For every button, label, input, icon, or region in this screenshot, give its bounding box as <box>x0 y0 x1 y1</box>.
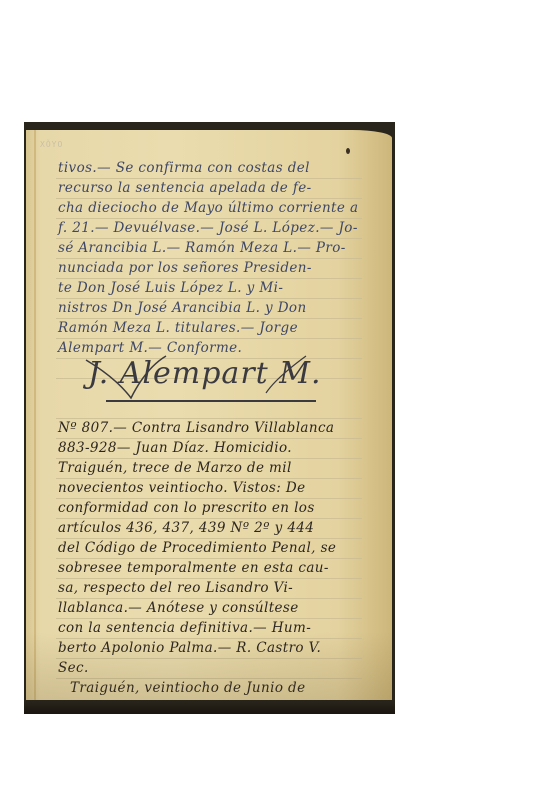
ruled-line <box>56 478 362 479</box>
text-line: sé Arancibia L.— Ramón Meza L.— Pro- <box>58 240 346 256</box>
margin-line <box>34 130 36 700</box>
ruled-line <box>56 278 362 279</box>
text-line: conformidad con lo prescrito en los <box>58 500 315 516</box>
ink-spot <box>346 148 350 154</box>
text-line: novecientos veintiocho. Vistos: De <box>58 480 306 496</box>
text-line: Traiguén, trece de Marzo de mil <box>58 460 292 476</box>
text-line: Sec. <box>58 660 89 676</box>
text-line: Ramón Meza L. titulares.— Jorge <box>58 320 298 336</box>
signature: J. Alempart M. <box>88 356 322 391</box>
register-page: XǑYO tivos.— Se confirma con costas del … <box>26 130 392 700</box>
text-line: nistros Dn José Arancibia L. y Don <box>58 300 307 316</box>
margin-stamp: XǑYO <box>40 140 63 149</box>
ruled-line <box>56 638 362 639</box>
text-line: f. 21.— Devuélvase.— José L. López.— Jo- <box>58 220 358 236</box>
ruled-line <box>56 338 362 339</box>
ruled-line <box>56 558 362 559</box>
text-line: del Código de Procedimiento Penal, se <box>58 540 336 556</box>
text-line: artículos 436, 437, 439 Nº 2º y 444 <box>58 520 314 536</box>
text-line: Traiguén, veintiocho de Junio de <box>70 680 306 696</box>
ruled-line <box>56 578 362 579</box>
ruled-line <box>56 458 362 459</box>
ruled-line <box>56 218 362 219</box>
ruled-line <box>56 318 362 319</box>
text-line: nunciada por los señores Presiden- <box>58 260 312 276</box>
ruled-line <box>56 298 362 299</box>
ruled-line <box>56 538 362 539</box>
text-line: te Don José Luis López L. y Mi- <box>58 280 283 296</box>
ruled-line <box>56 198 362 199</box>
text-line: recurso la sentencia apelada de fe- <box>58 180 312 196</box>
ruled-line <box>56 438 362 439</box>
ruled-line <box>56 238 362 239</box>
scan-bottom-edge <box>24 700 395 714</box>
ruled-line <box>56 618 362 619</box>
text-line: Nº 807.— Contra Lisandro Villablanca <box>58 420 334 436</box>
ruled-line <box>56 178 362 179</box>
text-line: llablanca.— Anótese y consúltese <box>58 600 299 616</box>
text-line: berto Apolonio Palma.— R. Castro V. <box>58 640 321 656</box>
text-line: tivos.— Se confirma con costas del <box>58 160 310 176</box>
ruled-line <box>56 678 362 679</box>
ruled-line <box>56 418 362 419</box>
ruled-line <box>56 658 362 659</box>
text-line: 883-928— Juan Díaz. Homicidio. <box>58 440 292 456</box>
ruled-line <box>56 498 362 499</box>
ruled-line <box>56 258 362 259</box>
ruled-line <box>56 598 362 599</box>
scanned-page-frame: XǑYO tivos.— Se confirma con costas del … <box>24 122 395 714</box>
text-line: cha dieciocho de Mayo último corriente a <box>58 200 358 216</box>
text-line: sobresee temporalmente en esta cau- <box>58 560 329 576</box>
text-line: sa, respecto del reo Lisandro Vi- <box>58 580 293 596</box>
signature-underline <box>106 400 316 402</box>
ruled-line <box>56 518 362 519</box>
text-line: con la sentencia definitiva.— Hum- <box>58 620 311 636</box>
